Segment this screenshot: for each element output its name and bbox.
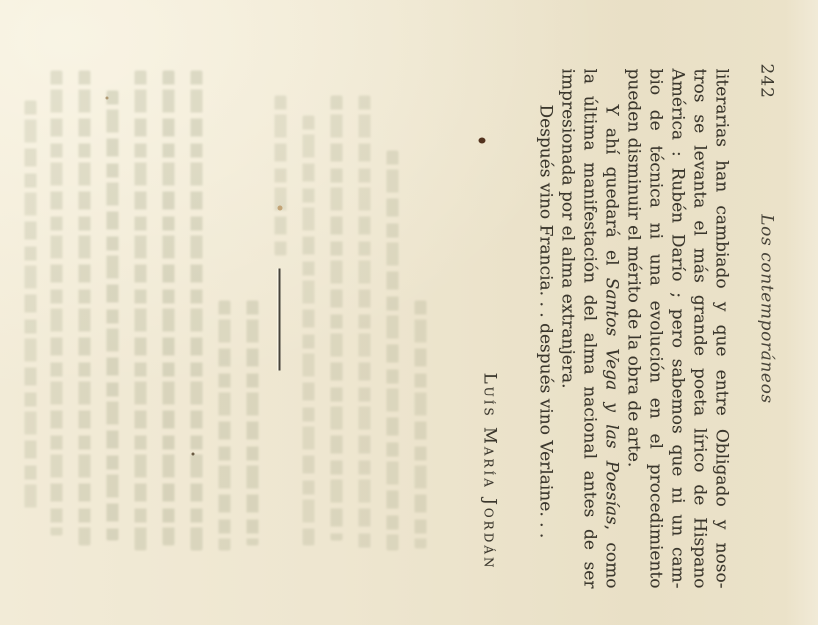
- text-segment: Después vino Francia. . . después vino V…: [535, 104, 555, 538]
- paper-speck: [191, 452, 194, 455]
- page-content-rotated: 242 Los contemporáneos literarias han ca…: [0, 0, 818, 625]
- ghost-text-line: [302, 115, 314, 545]
- ghost-text-line: [134, 70, 146, 550]
- author-signature: Luís María Jordán: [480, 372, 499, 570]
- body-line: literarias han cambiado y que entre Obli…: [710, 68, 732, 588]
- ghost-text-line: [330, 95, 342, 540]
- body-text: literarias han cambiado y que entre Obli…: [534, 68, 732, 588]
- ghost-text-line: [78, 70, 90, 545]
- paper-speck: [105, 96, 108, 99]
- body-line: pueden disminuir el mérito de la obra de…: [622, 68, 644, 588]
- text-segment: bio de técnica ni una evolución en el pr…: [645, 68, 665, 588]
- scanned-book-page: 242 Los contemporáneos literarias han ca…: [0, 0, 818, 625]
- italic-title-segment: Santos Vega y las Poesías: [601, 277, 621, 524]
- text-segment: América : Rubén Darío ; pero sabemos que…: [667, 68, 687, 588]
- ghost-text-line: [218, 300, 230, 550]
- body-line: Después vino Francia. . . después vino V…: [534, 68, 556, 588]
- body-line: bio de técnica ni una evolución en el pr…: [644, 68, 666, 588]
- ghost-text-line: [24, 100, 36, 510]
- page-header: 242 Los contemporáneos: [752, 0, 776, 625]
- ghost-text-line: [414, 300, 426, 548]
- text-segment: la última manifestación del alma naciona…: [579, 68, 599, 588]
- paper-speck: [478, 137, 485, 143]
- ghost-text-line: [50, 70, 62, 535]
- ghost-text-line: [162, 70, 174, 545]
- body-line: América : Rubén Darío ; pero sabemos que…: [666, 68, 688, 588]
- paper-speck: [277, 205, 282, 210]
- body-line: la última manifestación del alma naciona…: [578, 68, 600, 588]
- ghost-text-line: [190, 70, 202, 550]
- ghost-text-line: [274, 95, 286, 255]
- ghost-text-line: [106, 90, 118, 540]
- ghost-text-line: [386, 150, 398, 550]
- text-segment: impresionada por el alma extranjera.: [557, 68, 577, 388]
- text-segment: pueden disminuir el mérito de la obra de…: [623, 68, 643, 467]
- section-divider-rule: [278, 268, 280, 370]
- page-number: 242: [756, 63, 776, 98]
- text-segment: , como: [601, 524, 621, 588]
- text-segment: literarias han cambiado y que entre Obli…: [711, 68, 731, 588]
- running-title: Los contemporáneos: [756, 214, 776, 404]
- body-line: tros se levanta el más grande poeta líri…: [688, 68, 710, 588]
- ghost-text-line: [246, 300, 258, 545]
- body-line: Y ahí quedará el Santos Vega y las Poesí…: [600, 68, 622, 588]
- ghost-text-line: [358, 95, 370, 550]
- text-segment: tros se levanta el más grande poeta líri…: [689, 68, 709, 588]
- body-line: impresionada por el alma extranjera.: [556, 68, 578, 588]
- text-segment: Y ahí quedará el: [601, 104, 621, 277]
